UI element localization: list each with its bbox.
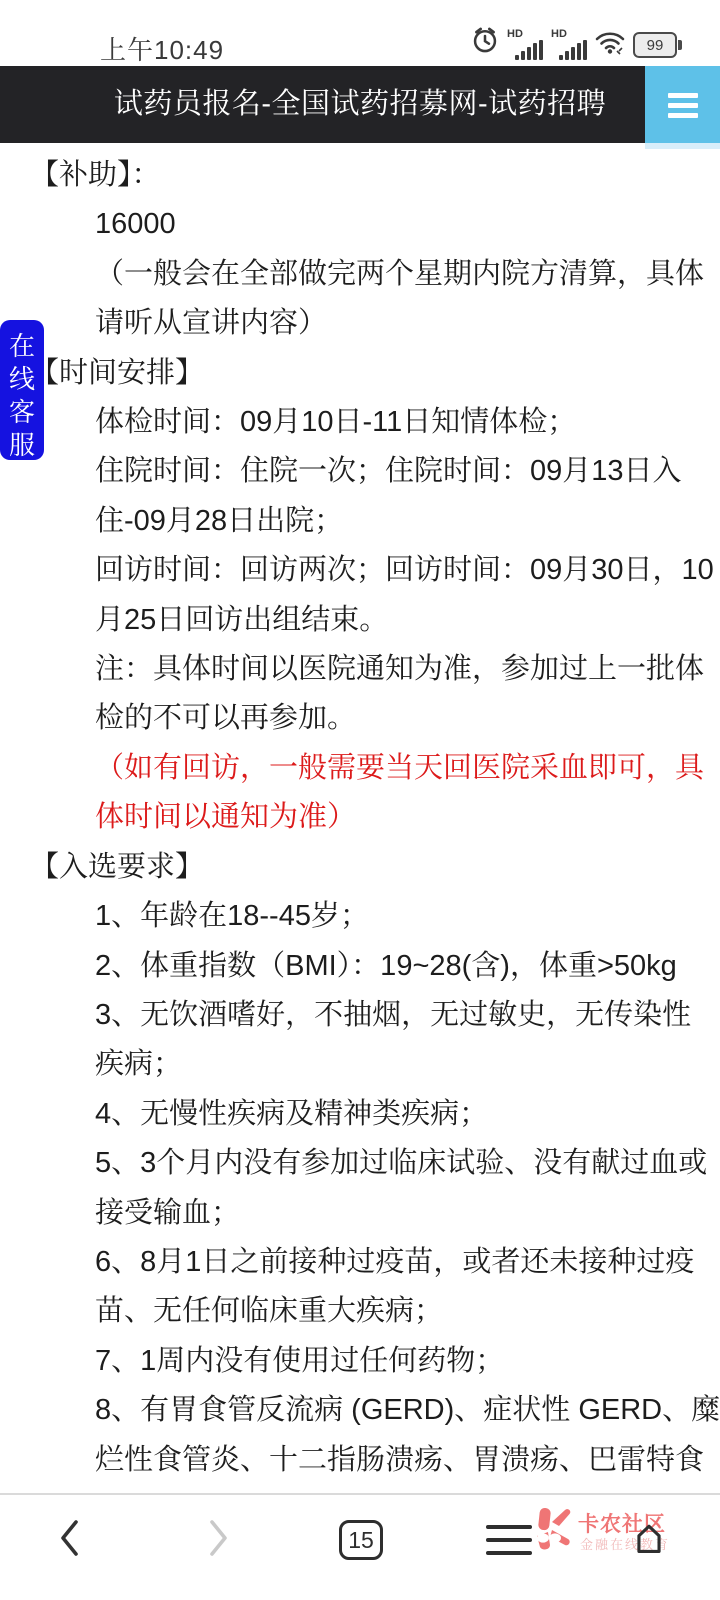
text-line: 3、无饮酒嗜好，不抽烟，无过敏史，无传染性 <box>95 991 720 1040</box>
text-line: 16000 <box>95 200 720 249</box>
text-line: 1、年龄在18--45岁； <box>95 892 720 941</box>
text-line: 住院时间：住院一次；住院时间：09月13日入 <box>95 447 720 496</box>
text-line: 【时间安排】 <box>30 349 720 398</box>
text-line: 【补助】： <box>30 151 720 200</box>
clock-text: 上午10:49 <box>100 30 224 67</box>
forward-button[interactable] <box>206 1518 230 1563</box>
text-line: 烂性食管炎、十二指肠溃疡、胃溃疡、巴雷特食 <box>95 1436 720 1485</box>
text-line: 【入选要求】 <box>30 843 720 892</box>
alarm-icon <box>471 25 499 60</box>
signal-hd-icon-1: HD <box>507 28 543 60</box>
wifi-icon <box>595 31 625 60</box>
page-title: 试药员报名-全国试药招募网-试药招聘 <box>0 66 720 143</box>
menu-button[interactable] <box>645 66 720 144</box>
text-line: 2、体重指数（BMI）：19~28(含)，体重>50kg <box>95 942 720 991</box>
home-button[interactable] <box>630 1519 668 1562</box>
battery-icon: 99 <box>633 32 682 58</box>
hamburger-icon <box>668 93 698 98</box>
menu-button-shadow <box>645 143 720 149</box>
status-bar: 上午10:49 HD <box>0 0 720 66</box>
text-line: 4、无慢性疾病及精神类疾病； <box>95 1090 720 1139</box>
text-line: （一般会在全部做完两个星期内院方清算，具体 <box>95 250 720 299</box>
text-line: 检的不可以再参加。 <box>95 694 720 743</box>
phone-screen: 上午10:49 HD <box>0 0 720 1600</box>
text-line: 住-09月28日出院； <box>95 497 720 546</box>
text-line: 苗、无任何临床重大疾病； <box>95 1287 720 1336</box>
text-line: 5、3个月内没有参加过临床试验、没有献过血或 <box>95 1139 720 1188</box>
text-line: 接受输血； <box>95 1189 720 1238</box>
tab-count-button[interactable]: 15 <box>339 1520 383 1560</box>
text-line: 回访时间：回访两次；回访时间：09月30日，10 <box>95 546 720 595</box>
text-line: 8、有胃食管反流病 (GERD)、症状性 GERD、糜 <box>95 1386 720 1435</box>
signal-hd-icon-2: HD <box>551 28 587 60</box>
status-icons: HD HD <box>471 26 682 60</box>
article-body: 【补助】：16000（一般会在全部做完两个星期内院方清算，具体请听从宣讲内容）【… <box>0 151 720 1485</box>
text-line: （如有回访，一般需要当天回医院采血即可，具 <box>95 744 720 793</box>
battery-percent: 99 <box>633 32 677 58</box>
browser-title-bar: 试药员报名-全国试药招募网-试药招聘 <box>0 66 720 143</box>
text-line: 疾病； <box>95 1040 720 1089</box>
back-button[interactable] <box>58 1518 82 1563</box>
text-line: 月25日回访出组结束。 <box>95 596 720 645</box>
text-line: 体检时间：09月10日-11日知情体检； <box>95 398 720 447</box>
text-line: 体时间以通知为准） <box>95 793 720 842</box>
text-line: 注：具体时间以医院通知为准，参加过上一批体 <box>95 645 720 694</box>
text-line: 请听从宣讲内容） <box>95 299 720 348</box>
text-line: 7、1周内没有使用过任何药物； <box>95 1337 720 1386</box>
nav-menu-button[interactable] <box>486 1525 532 1555</box>
text-line: 6、8月1日之前接种过疫苗，或者还未接种过疫 <box>95 1238 720 1287</box>
hamburger-icon <box>486 1525 532 1529</box>
online-service-tab[interactable]: 在线客服 <box>0 320 44 460</box>
